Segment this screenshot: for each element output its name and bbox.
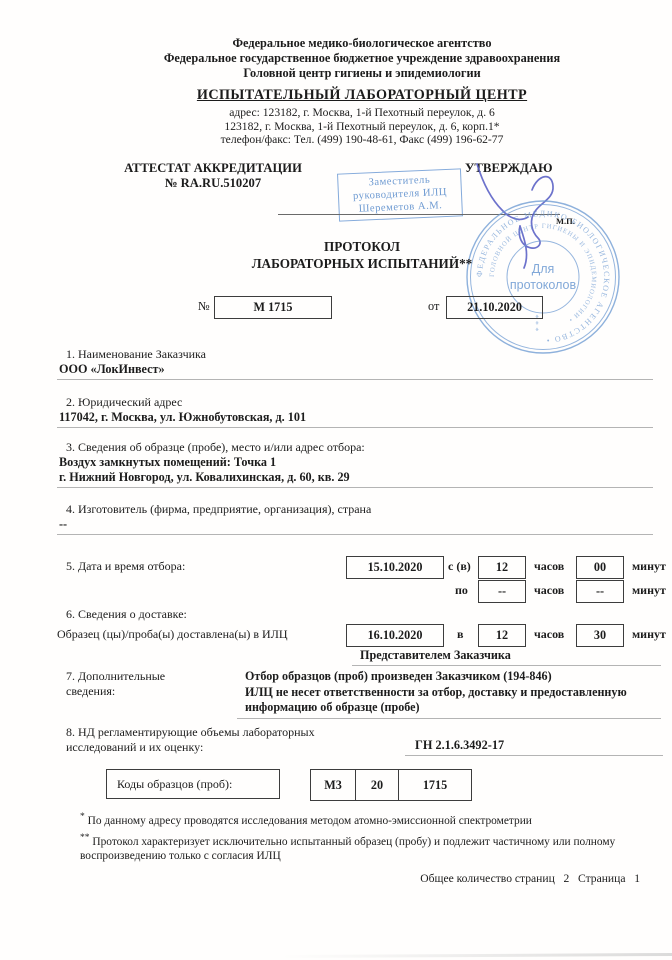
protocol-title: ПРОТОКОЛ ЛАБОРАТОРНЫХ ИСПЫТАНИЙ** xyxy=(52,239,672,272)
section8-value: ГН 2.1.6.3492-17 xyxy=(405,738,663,756)
lab-center-title: ИСПЫТАТЕЛЬНЫЙ ЛАБОРАТОРНЫЙ ЦЕНТР xyxy=(52,87,672,104)
delivery-minutes-value: 30 xyxy=(576,624,624,647)
delivery-row-label: Образец (цы)/проба(ы) доставлена(ы) в ИЛ… xyxy=(57,627,288,642)
org-name-line1: Федеральное медико-биологическое агентст… xyxy=(52,36,672,51)
sampling-from-minutes: 00 xyxy=(576,556,624,579)
section4-label: 4. Изготовитель (фирма, предприятие, орг… xyxy=(57,502,653,517)
protocol-document-page: Федеральное медико-биологическое агентст… xyxy=(0,0,672,960)
footer-total-pages-value: 2 xyxy=(564,872,570,885)
section-sample-info: 3. Сведения об образце (пробе), место и/… xyxy=(57,440,653,488)
scan-edge-artifact xyxy=(282,953,672,958)
section5-label: 5. Дата и время отбора: xyxy=(57,559,185,574)
sampling-from-label: с (в) xyxy=(448,556,471,577)
section3-value-line2: г. Нижний Новгород, ул. Ковалихинская, д… xyxy=(57,470,653,488)
footer-total-pages-label: Общее количество страниц xyxy=(420,872,555,885)
section7-value: Отбор образцов (проб) произведен Заказчи… xyxy=(237,669,661,719)
delivery-in-label: в xyxy=(457,624,463,645)
round-stamp: ФЕДЕРАЛЬНОЕ МЕДИКО-БИОЛОГИЧЕСКОЕ АГЕНТСТ… xyxy=(463,197,623,357)
sampling-minutes-label2: минут xyxy=(632,580,666,601)
sampling-hours-label1: часов xyxy=(534,556,564,577)
section7-value-line1: Отбор образцов (проб) произведен Заказчи… xyxy=(245,669,661,685)
section8-label: 8. НД регламентирующие объемы лабораторн… xyxy=(66,725,315,755)
document-header: Федеральное медико-биологическое агентст… xyxy=(52,36,672,147)
section7-value-line3: информацию об образце (пробе) xyxy=(245,700,661,716)
protocol-number-label: № xyxy=(198,299,210,314)
section4-value: -- xyxy=(57,517,653,535)
delivery-minutes-label: минут xyxy=(632,624,666,645)
section1-value: ООО «ЛокИнвест» xyxy=(57,362,653,380)
footnote-1-text: По данному адресу проводятся исследовани… xyxy=(88,815,532,827)
sample-code-cell-2: 20 xyxy=(356,770,399,801)
sampling-hours-label2: часов xyxy=(534,580,564,601)
section3-value-line1: Воздух замкнутых помещений: Точка 1 xyxy=(57,455,653,470)
section-manufacturer: 4. Изготовитель (фирма, предприятие, орг… xyxy=(57,502,653,535)
section6-label: 6. Сведения о доставке: xyxy=(57,607,653,622)
section3-label: 3. Сведения об образце (пробе), место и/… xyxy=(57,440,653,455)
sampling-to-minutes: -- xyxy=(576,580,624,603)
section7-label-line2: сведения: xyxy=(66,684,226,699)
address-line2: 123182, г. Москва, 1-й Пехотный переулок… xyxy=(52,120,672,134)
footer-page-label: Страница xyxy=(578,872,626,885)
sampling-from-hours: 12 xyxy=(478,556,526,579)
section2-label: 2. Юридический адрес xyxy=(57,395,653,410)
footnote-2-marker: ** xyxy=(80,833,90,843)
sampling-minutes-label1: минут xyxy=(632,556,666,577)
protocol-date-label: от xyxy=(428,299,439,314)
section7-value-line2: ИЛЦ не несет ответственности за отбор, д… xyxy=(245,685,661,701)
section-legal-address: 2. Юридический адрес 117042, г. Москва, … xyxy=(57,395,653,428)
delivered-by-value: Представителем Заказчика xyxy=(352,648,661,666)
protocol-title-line2: ЛАБОРАТОРНЫХ ИСПЫТАНИЙ** xyxy=(52,256,672,273)
sampling-to-label: по xyxy=(455,580,468,601)
sample-code-cell-3: 1715 xyxy=(399,770,472,801)
sampling-date-value: 15.10.2020 xyxy=(346,556,444,579)
sample-codes-row: Коды образцов (проб): М3 20 1715 xyxy=(57,769,653,801)
accreditation-title: АТТЕСТАТ АККРЕДИТАЦИИ xyxy=(118,161,308,176)
page-footer: Общее количество страниц 2 Страница 1 xyxy=(57,872,640,885)
footnote-1-marker: * xyxy=(80,812,85,822)
section-delivery-info: 6. Сведения о доставке: Образец (цы)/про… xyxy=(57,607,653,667)
phone-fax-line: телефон/факс: Тел. (499) 190-48-61, Факс… xyxy=(52,133,672,147)
delivery-date-value: 16.10.2020 xyxy=(346,624,444,647)
org-name-line3: Головной центр гигиены и эпидемиологии xyxy=(52,66,672,81)
sample-codes-table: М3 20 1715 xyxy=(310,769,472,801)
address-line1: адрес: 123182, г. Москва, 1-й Пехотный п… xyxy=(52,106,672,120)
delivery-hours-value: 12 xyxy=(478,624,526,647)
sampling-to-hours: -- xyxy=(478,580,526,603)
round-stamp-center-line2: протоколов xyxy=(510,278,577,292)
accreditation-block: АТТЕСТАТ АККРЕДИТАЦИИ № RA.RU.510207 xyxy=(118,161,308,191)
protocol-date-value: 21.10.2020 xyxy=(446,296,543,319)
protocol-number-value: М 1715 xyxy=(214,296,332,319)
section-regulations: 8. НД регламентирующие объемы лабораторн… xyxy=(57,725,653,761)
accreditation-number: № RA.RU.510207 xyxy=(118,176,308,191)
org-name-line2: Федеральное государственное бюджетное уч… xyxy=(52,51,672,66)
protocol-title-line1: ПРОТОКОЛ xyxy=(52,239,672,256)
footnote-1: * По данному адресу проводятся исследова… xyxy=(80,810,655,828)
footnote-2: ** Протокол характеризует исключительно … xyxy=(80,831,655,864)
section1-label: 1. Наименование Заказчика xyxy=(57,347,653,362)
sample-code-cell-1: М3 xyxy=(311,770,356,801)
section-customer-name: 1. Наименование Заказчика ООО «ЛокИнвест… xyxy=(57,347,653,380)
sample-codes-label: Коды образцов (проб): xyxy=(106,769,280,799)
section7-label-line1: 7. Дополнительные xyxy=(66,669,226,684)
delivery-hours-label: часов xyxy=(534,624,564,645)
section8-label-line1: 8. НД регламентирующие объемы лабораторн… xyxy=(66,725,315,740)
section2-value: 117042, г. Москва, ул. Южнобутовская, д.… xyxy=(57,410,653,428)
section7-label: 7. Дополнительные сведения: xyxy=(66,669,226,699)
section-sampling-datetime: 5. Дата и время отбора: 15.10.2020 с (в)… xyxy=(57,556,653,608)
footer-page-value: 1 xyxy=(634,872,640,885)
section8-label-line2: исследований и их оценку: xyxy=(66,740,315,755)
footnote-2-text: Протокол характеризует исключительно исп… xyxy=(80,836,615,863)
